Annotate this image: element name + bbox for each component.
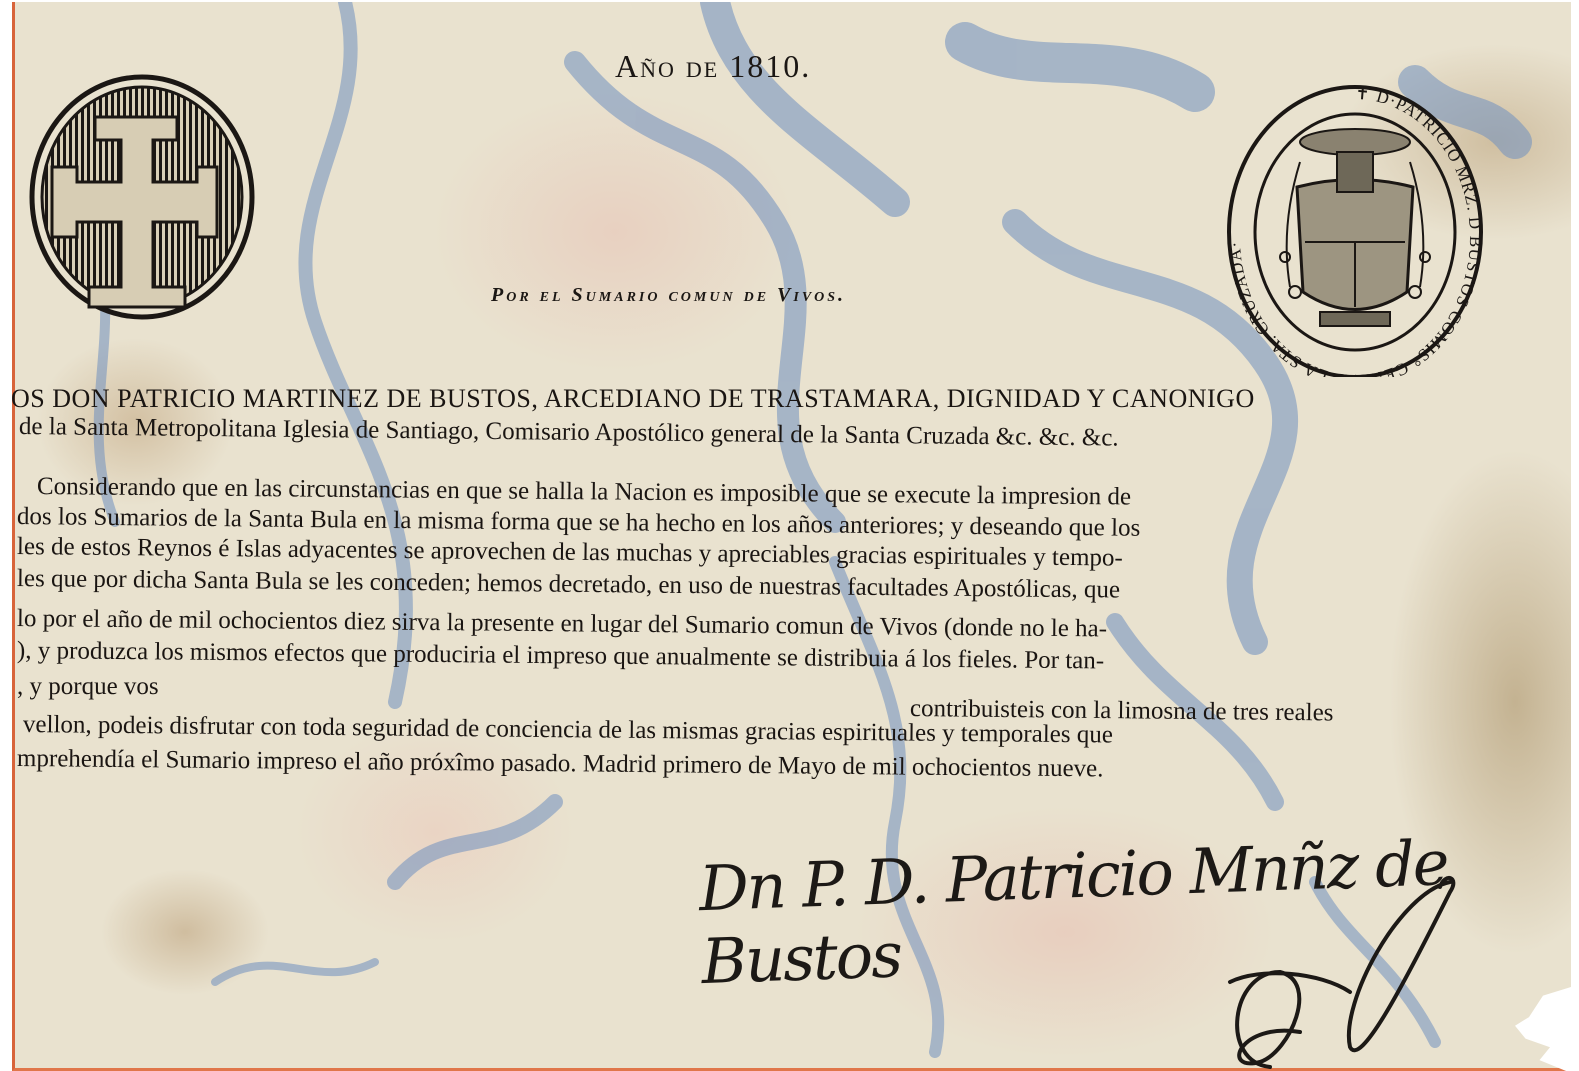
intro-line: de la Santa Metropolitana Iglesia de San… xyxy=(19,412,1119,454)
tau-cross-seal-icon xyxy=(27,72,257,322)
body-line: , y porque vos xyxy=(17,672,159,702)
document-subheading: Por el Sumario comun de Vivos. xyxy=(491,284,846,307)
body-line: mprehendía el Sumario impreso el año pró… xyxy=(17,744,1104,784)
torn-corner xyxy=(1501,987,1571,1071)
document-heading: Año de 1810. xyxy=(615,48,811,85)
intro-line: OS DON PATRICIO MARTINEZ DE BUSTOS, ARCE… xyxy=(11,384,1255,414)
signature-rubric-icon xyxy=(1200,872,1480,1071)
document-sheet: ✝ D·PATRICIO MRZ. D BUSTOS COMIS° GENL. … xyxy=(12,2,1571,1071)
coat-of-arms-seal-icon: ✝ D·PATRICIO MRZ. D BUSTOS COMIS° GENL. … xyxy=(1225,77,1485,377)
